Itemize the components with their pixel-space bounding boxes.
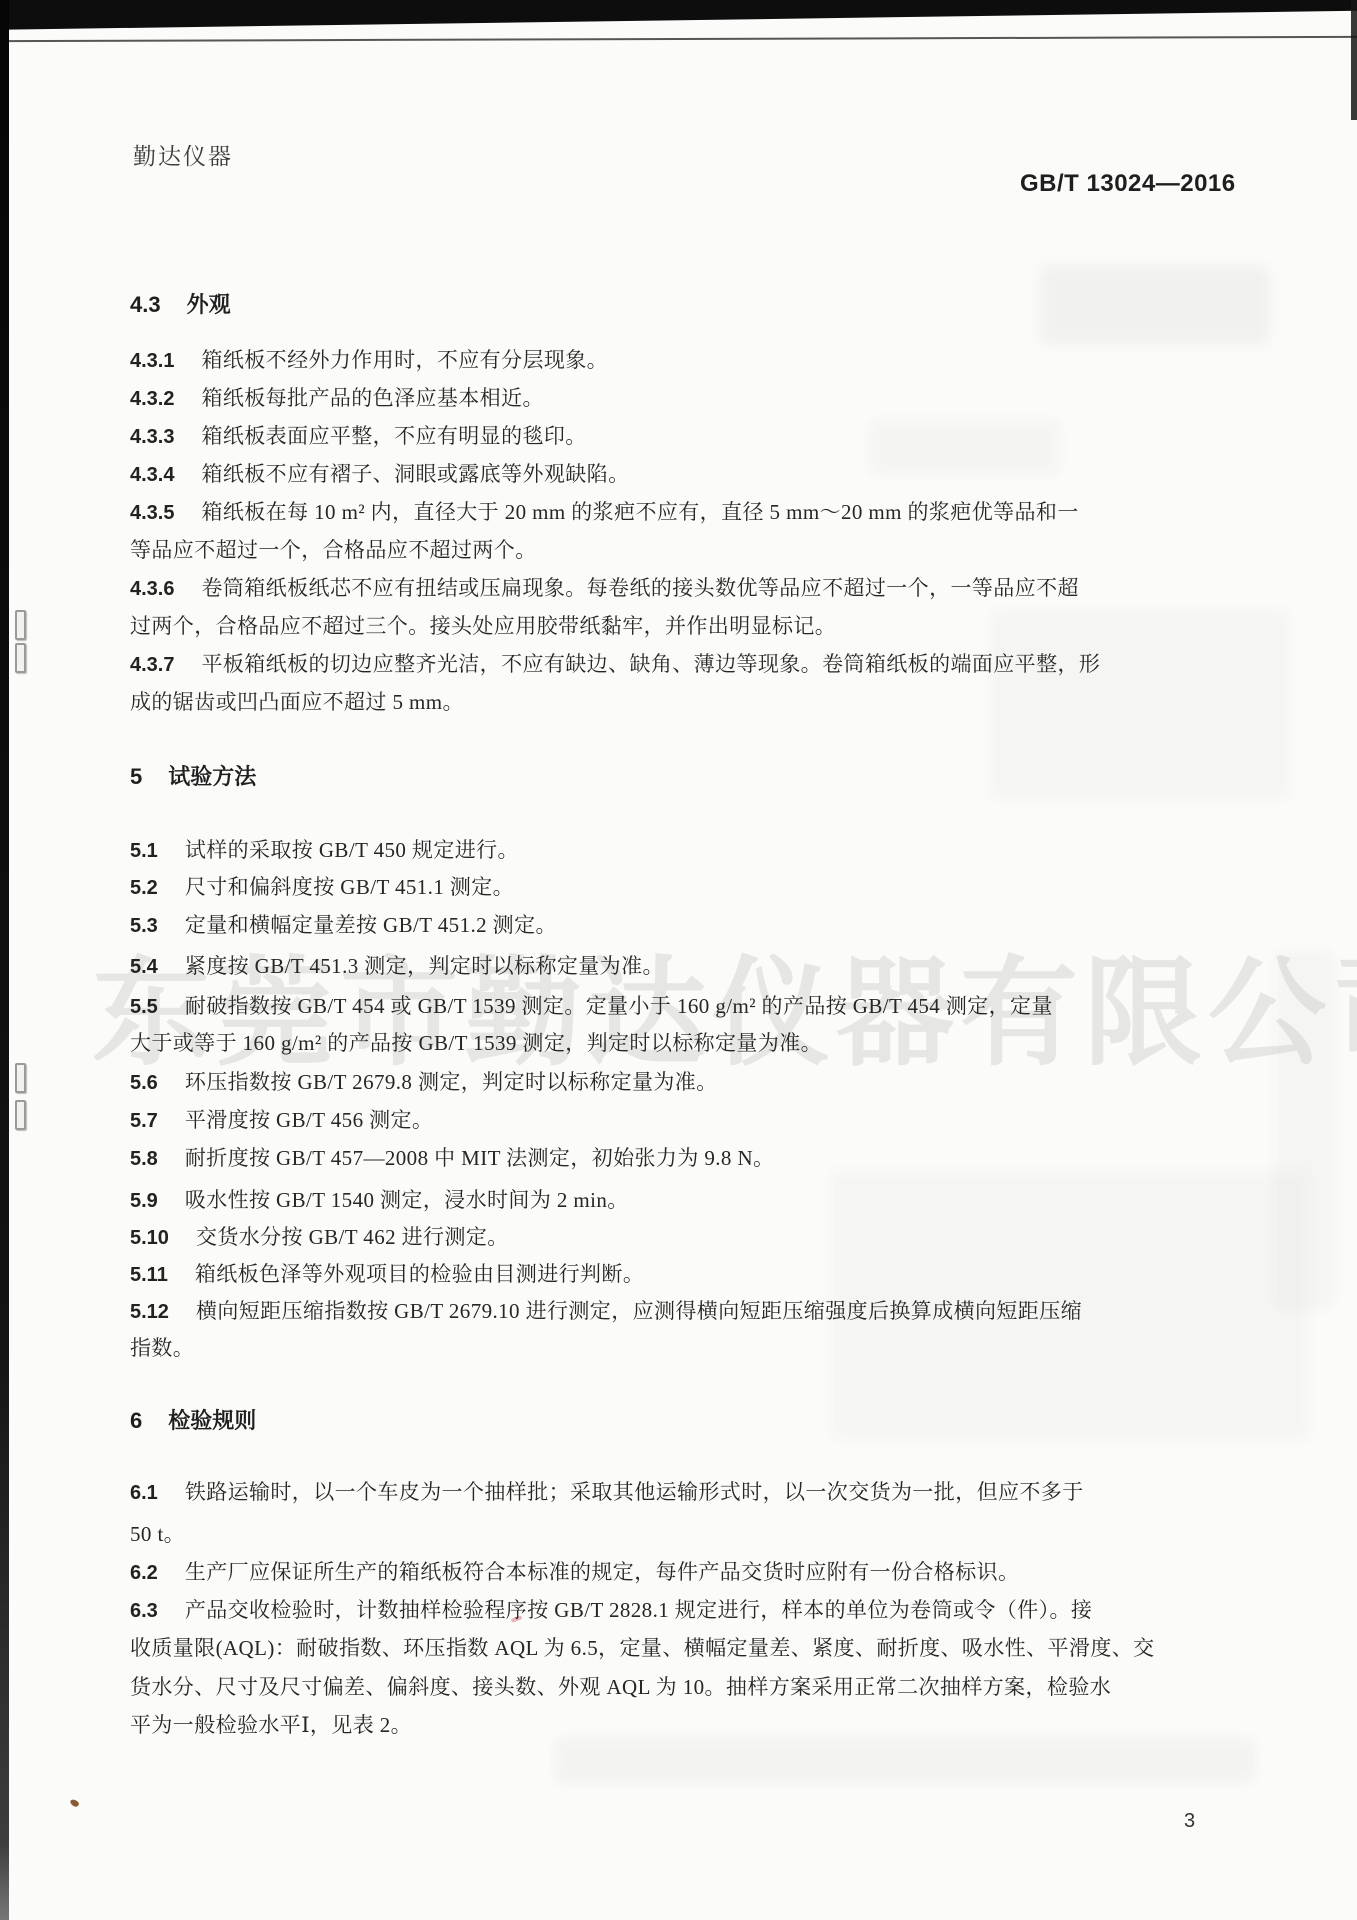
clause-text: 紧度按 GB/T 451.3 测定，判定时以标称定量为准。: [185, 954, 664, 978]
clause-6-3-cont: 货水分、尺寸及尺寸偏差、偏斜度、接头数、外观 AQL 为 10。抽样方案采用正常…: [130, 1671, 1111, 1701]
clause-4-3-1: 4.3.1箱纸板不经外力作用时，不应有分层现象。: [130, 344, 608, 374]
clause-text: 箱纸板在每 10 m² 内，直径大于 20 mm 的浆疤不应有，直径 5 mm～…: [201, 500, 1078, 524]
clause-text: 50 t。: [130, 1522, 185, 1546]
clause-5-8: 5.8耐折度按 GB/T 457—2008 中 MIT 法测定，初始张力为 9.…: [130, 1142, 774, 1172]
standard-number: GB/T 13024—2016: [1020, 170, 1230, 198]
paper-speck: [69, 1798, 80, 1808]
clause-number: 4.3.5: [130, 502, 174, 524]
clause-text: 等品应不超过一个，合格品应不超过两个。: [130, 538, 537, 562]
clause-5-4: 5.4紧度按 GB/T 451.3 测定，判定时以标称定量为准。: [130, 950, 664, 980]
clause-number: 5.1: [130, 840, 158, 862]
clause-text: 耐折度按 GB/T 457—2008 中 MIT 法测定，初始张力为 9.8 N…: [185, 1146, 775, 1170]
clause-4-3-6-cont: 过两个，合格品应不超过三个。接头处应用胶带纸黏牢，并作出明显标记。: [130, 610, 836, 640]
section-heading-4-3: 4.3外观: [130, 288, 231, 319]
vendor-stamp: 勤达仪器: [133, 138, 233, 171]
binding-mark: [15, 1100, 26, 1130]
clause-6-3: 6.3产品交收检验时，计数抽样检验程序按 GB/T 2828.1 规定进行，样本…: [130, 1594, 1092, 1624]
clause-text: 定量和横幅定量差按 GB/T 451.2 测定。: [185, 913, 557, 937]
clause-4-3-6: 4.3.6卷筒箱纸板纸芯不应有扭结或压扁现象。每卷纸的接头数优等品应不超过一个，…: [130, 572, 1079, 602]
bleedthrough-smudge: [1040, 265, 1270, 345]
section-heading-5: 5试验方法: [130, 760, 256, 791]
clause-text: 箱纸板每批产品的色泽应基本相近。: [201, 386, 543, 410]
clause-number: 5.12: [130, 1301, 169, 1323]
clause-text: 产品交收检验时，计数抽样检验程序按 GB/T 2828.1 规定进行，样本的单位…: [185, 1598, 1092, 1622]
clause-text: 铁路运输时，以一个车皮为一个抽样批；采取其他运输形式时，以一次交货为一批，但应不…: [185, 1480, 1084, 1504]
clause-6-2: 6.2生产厂应保证所生产的箱纸板符合本标准的规定，每件产品交货时应附有一份合格标…: [130, 1556, 1019, 1586]
clause-5-5-cont: 大于或等于 160 g/m² 的产品按 GB/T 1539 测定，判定时以标称定…: [130, 1027, 822, 1057]
clause-6-1: 6.1铁路运输时，以一个车皮为一个抽样批；采取其他运输形式时，以一次交货为一批，…: [130, 1476, 1084, 1506]
clause-text: 货水分、尺寸及尺寸偏差、偏斜度、接头数、外观 AQL 为 10。抽样方案采用正常…: [130, 1675, 1111, 1699]
clause-4-3-5-cont: 等品应不超过一个，合格品应不超过两个。: [130, 534, 537, 564]
clause-number: 5.11: [130, 1264, 168, 1286]
clause-5-6: 5.6环压指数按 GB/T 2679.8 测定，判定时以标称定量为准。: [130, 1066, 718, 1096]
clause-5-7: 5.7平滑度按 GB/T 456 测定。: [130, 1104, 433, 1134]
scanner-top-band: [0, 0, 1357, 30]
clause-number: 4.3.1: [130, 350, 174, 372]
clause-4-3-7-cont: 成的锯齿或凹凸面应不超过 5 mm。: [130, 686, 464, 716]
clause-text: 平为一般检验水平Ⅰ，见表 2。: [130, 1713, 412, 1737]
scanner-top-hairline: [0, 36, 1357, 42]
clause-4-3-7: 4.3.7平板箱纸板的切边应整齐光洁，不应有缺边、缺角、薄边等现象。卷筒箱纸板的…: [130, 648, 1100, 678]
clause-number: 4.3.7: [130, 654, 174, 676]
clause-4-3-5: 4.3.5箱纸板在每 10 m² 内，直径大于 20 mm 的浆疤不应有，直径 …: [130, 496, 1079, 526]
clause-number: 5.6: [130, 1072, 158, 1094]
bleedthrough-smudge: [870, 420, 1060, 475]
section-title: 试验方法: [168, 764, 256, 789]
clause-number: 5.8: [130, 1148, 158, 1170]
clause-text: 试样的采取按 GB/T 450 规定进行。: [185, 838, 519, 862]
clause-number: 6.1: [130, 1482, 158, 1504]
clause-text: 平滑度按 GB/T 456 测定。: [185, 1108, 434, 1132]
clause-text: 平板箱纸板的切边应整齐光洁，不应有缺边、缺角、薄边等现象。卷筒箱纸板的端面应平整…: [201, 652, 1100, 676]
clause-5-12-cont: 指数。: [130, 1332, 194, 1362]
clause-text: 收质量限(AQL)：耐破指数、环压指数 AQL 为 6.5，定量、横幅定量差、紧…: [130, 1636, 1155, 1660]
clause-text: 环压指数按 GB/T 2679.8 测定，判定时以标称定量为准。: [185, 1070, 718, 1094]
clause-text: 卷筒箱纸板纸芯不应有扭结或压扁现象。每卷纸的接头数优等品应不超过一个，一等品应不…: [201, 576, 1078, 600]
section-title: 检验规则: [168, 1408, 256, 1433]
section-heading-6: 6检验规则: [130, 1404, 256, 1435]
clause-5-11: 5.11箱纸板色泽等外观项目的检验由目测进行判断。: [130, 1258, 644, 1288]
clause-5-5: 5.5耐破指数按 GB/T 454 或 GB/T 1539 测定。定量小于 16…: [130, 990, 1053, 1020]
clause-5-10: 5.10交货水分按 GB/T 462 进行测定。: [130, 1221, 509, 1251]
clause-text: 生产厂应保证所生产的箱纸板符合本标准的规定，每件产品交货时应附有一份合格标识。: [185, 1560, 1020, 1584]
clause-5-3: 5.3定量和横幅定量差按 GB/T 451.2 测定。: [130, 909, 557, 939]
scanned-document-page: 东莞市勤达仪器有限公司 勤达仪器 GB/T 13024—2016 4.3外观 4…: [0, 0, 1357, 1920]
clause-number: 5.9: [130, 1190, 158, 1212]
clause-5-9: 5.9吸水性按 GB/T 1540 测定，浸水时间为 2 min。: [130, 1184, 629, 1214]
clause-text: 箱纸板色泽等外观项目的检验由目测进行判断。: [195, 1262, 644, 1286]
clause-number: 5.10: [130, 1227, 169, 1249]
bleedthrough-smudge: [555, 1738, 1255, 1783]
clause-number: 5.4: [130, 956, 158, 978]
clause-text: 耐破指数按 GB/T 454 或 GB/T 1539 测定。定量小于 160 g…: [185, 994, 1053, 1018]
clause-text: 尺寸和偏斜度按 GB/T 451.1 测定。: [185, 875, 514, 899]
binding-mark: [15, 610, 26, 640]
clause-4-3-4: 4.3.4箱纸板不应有褶子、洞眼或露底等外观缺陷。: [130, 458, 629, 488]
section-number: 5: [130, 764, 142, 789]
clause-text: 过两个，合格品应不超过三个。接头处应用胶带纸黏牢，并作出明显标记。: [130, 614, 836, 638]
scanner-left-edge: [0, 0, 9, 1920]
clause-6-1-cont: 50 t。: [130, 1518, 185, 1548]
clause-text: 箱纸板不应有褶子、洞眼或露底等外观缺陷。: [201, 462, 629, 486]
page-number: 3: [1184, 1810, 1195, 1833]
clause-text: 箱纸板表面应平整，不应有明显的毯印。: [201, 424, 586, 448]
clause-number: 5.5: [130, 996, 158, 1018]
clause-4-3-3: 4.3.3箱纸板表面应平整，不应有明显的毯印。: [130, 420, 587, 450]
clause-number: 5.7: [130, 1110, 158, 1132]
clause-number: 4.3.4: [130, 464, 174, 486]
section-number: 4.3: [130, 292, 161, 317]
section-number: 6: [130, 1408, 142, 1433]
clause-6-3-cont: 收质量限(AQL)：耐破指数、环压指数 AQL 为 6.5，定量、横幅定量差、紧…: [130, 1632, 1155, 1662]
clause-text: 横向短距压缩指数按 GB/T 2679.10 进行测定，应测得横向短距压缩强度后…: [196, 1299, 1082, 1323]
scanner-right-edge: [1351, 0, 1357, 120]
clause-text: 指数。: [130, 1336, 194, 1360]
clause-number: 5.3: [130, 915, 158, 937]
clause-5-1: 5.1试样的采取按 GB/T 450 规定进行。: [130, 834, 519, 864]
clause-number: 4.3.6: [130, 578, 174, 600]
bleedthrough-smudge: [990, 610, 1290, 800]
binding-mark: [15, 1063, 26, 1093]
clause-text: 成的锯齿或凹凸面应不超过 5 mm。: [130, 690, 464, 714]
clause-text: 吸水性按 GB/T 1540 测定，浸水时间为 2 min。: [185, 1188, 629, 1212]
clause-number: 6.2: [130, 1562, 158, 1584]
clause-number: 6.3: [130, 1600, 158, 1622]
bleedthrough-smudge: [1275, 950, 1335, 1310]
clause-text: 箱纸板不经外力作用时，不应有分层现象。: [201, 348, 608, 372]
clause-text: 大于或等于 160 g/m² 的产品按 GB/T 1539 测定，判定时以标称定…: [130, 1031, 822, 1055]
clause-text: 交货水分按 GB/T 462 进行测定。: [196, 1225, 509, 1249]
binding-mark: [15, 643, 26, 673]
clause-number: 5.2: [130, 877, 158, 899]
clause-number: 4.3.3: [130, 426, 174, 448]
clause-4-3-2: 4.3.2箱纸板每批产品的色泽应基本相近。: [130, 382, 544, 412]
clause-number: 4.3.2: [130, 388, 174, 410]
clause-5-2: 5.2尺寸和偏斜度按 GB/T 451.1 测定。: [130, 871, 514, 901]
section-title: 外观: [187, 292, 231, 317]
clause-6-3-cont: 平为一般检验水平Ⅰ，见表 2。: [130, 1709, 412, 1739]
clause-5-12: 5.12横向短距压缩指数按 GB/T 2679.10 进行测定，应测得横向短距压…: [130, 1295, 1082, 1325]
